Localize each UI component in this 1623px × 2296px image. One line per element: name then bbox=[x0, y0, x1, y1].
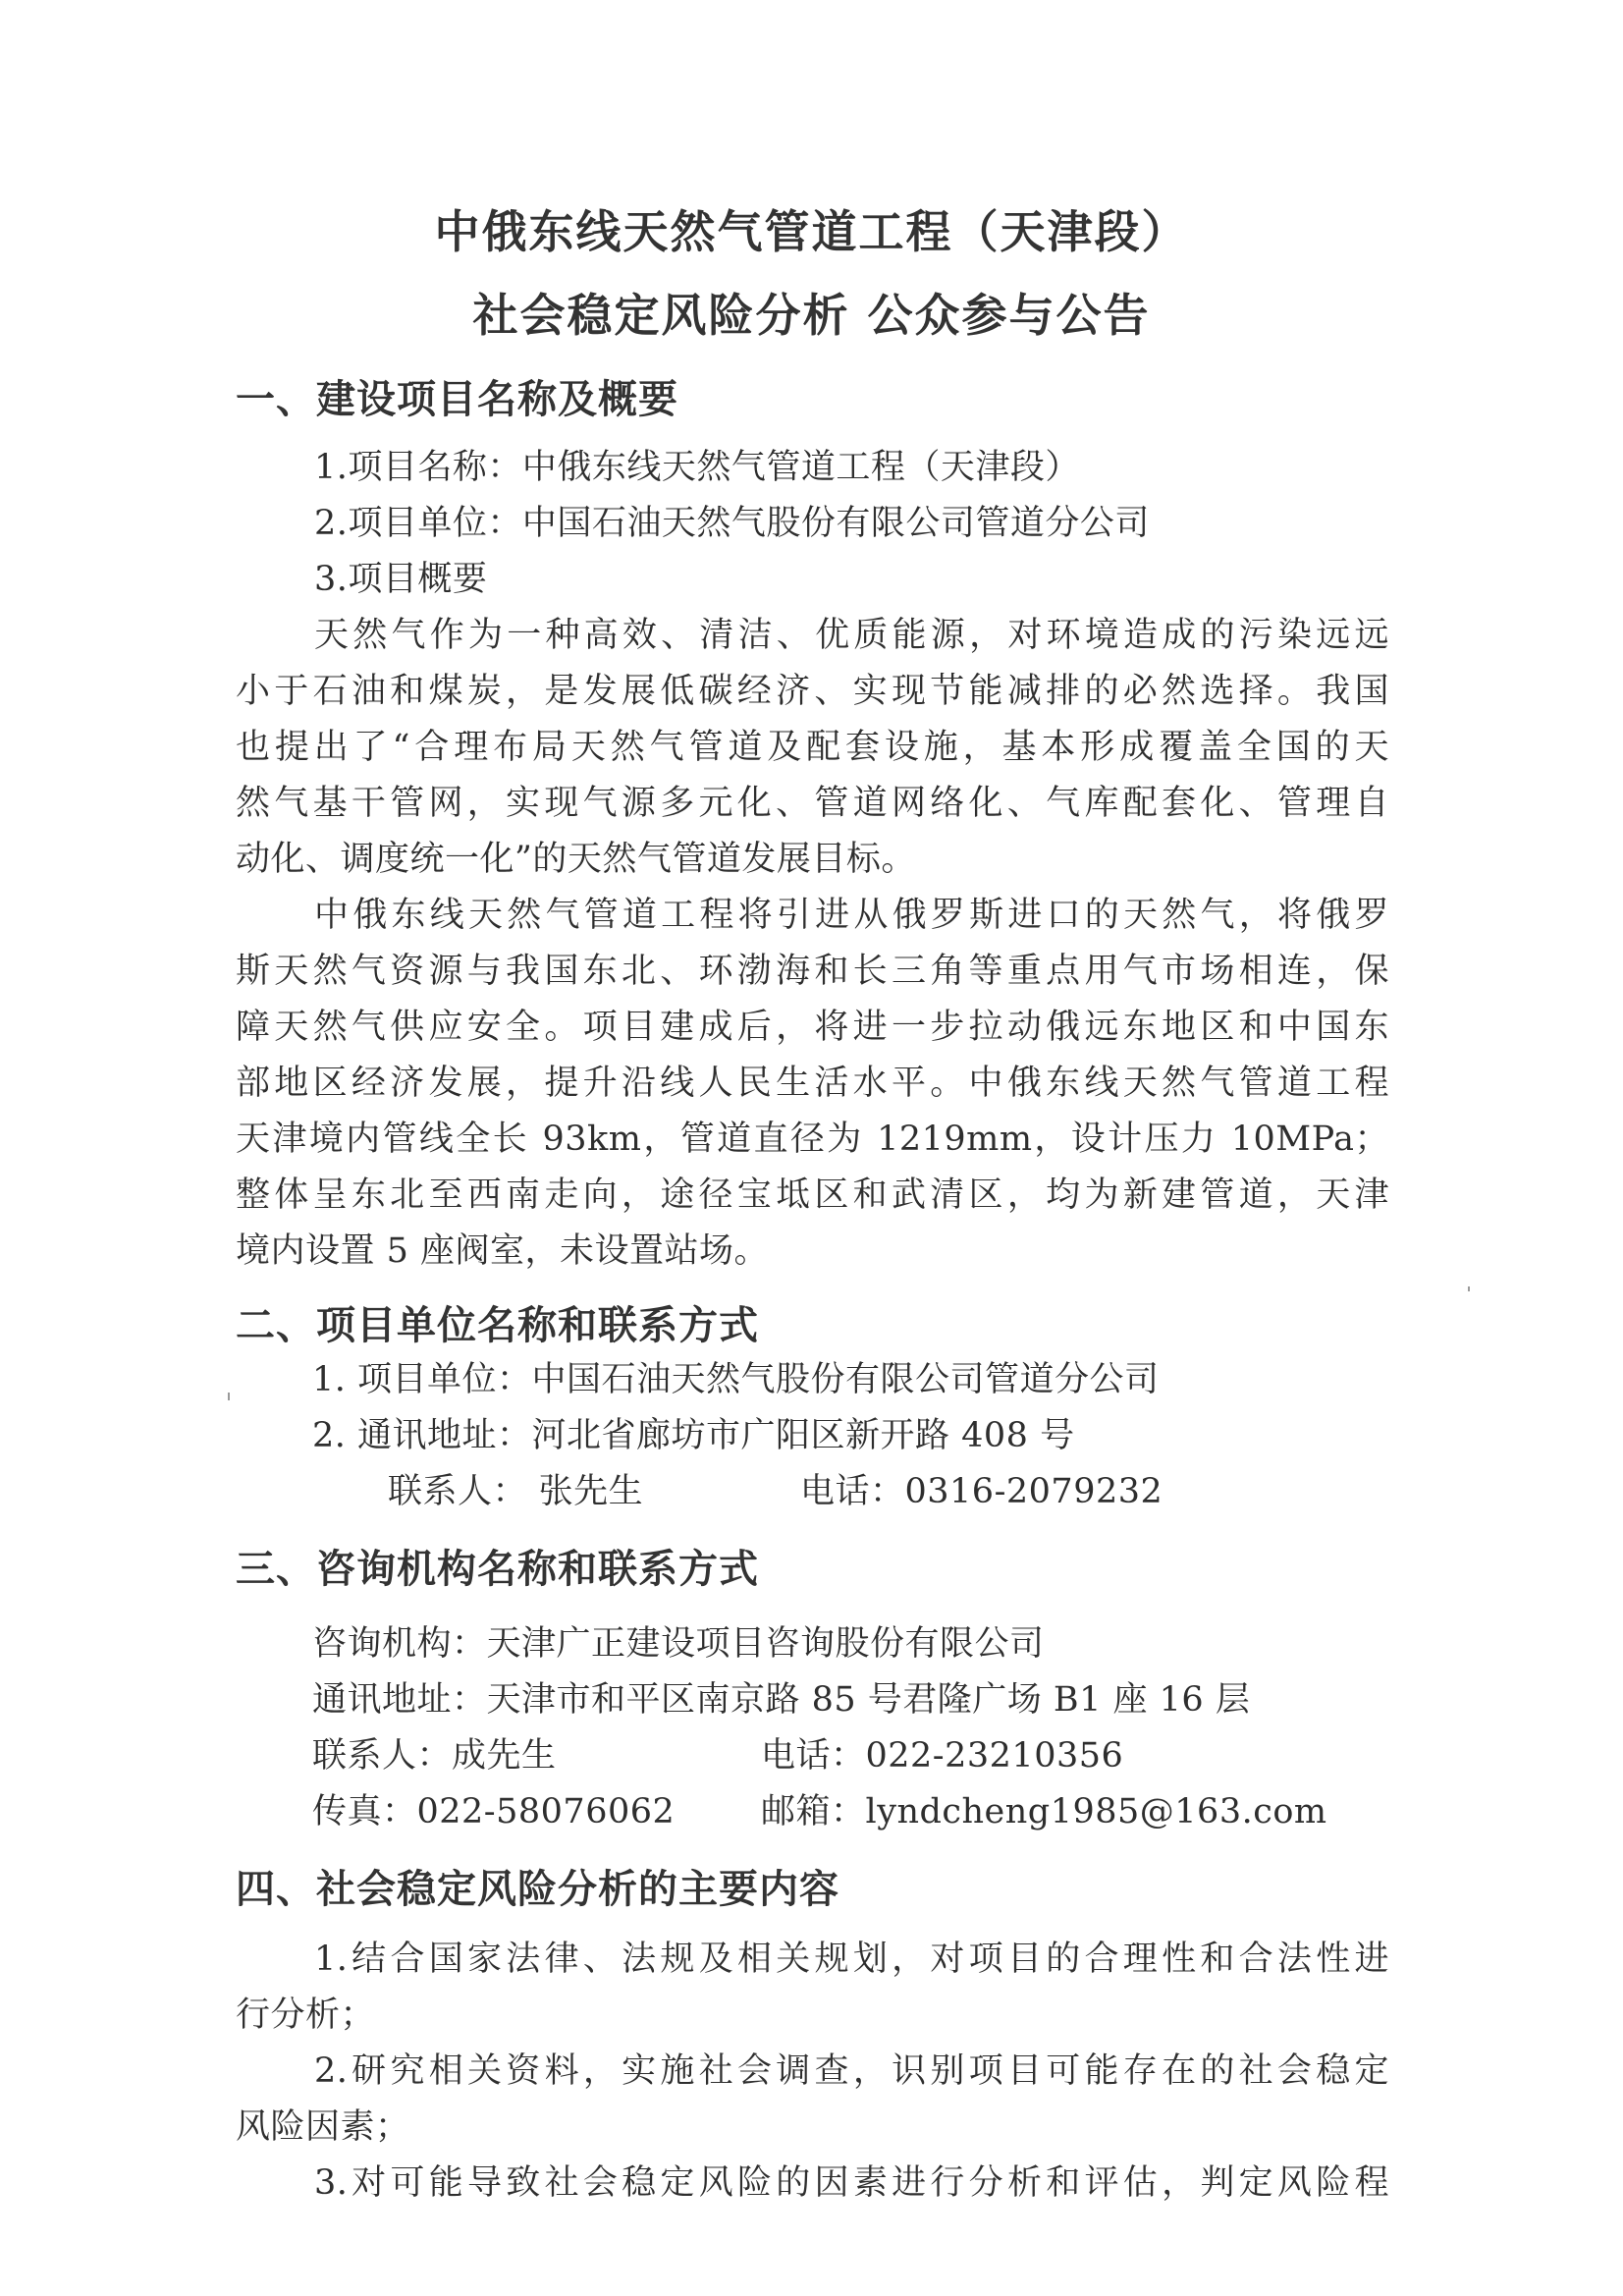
section4-item2-line: 2.研究相关资料，实施社会调查，识别项目可能存在的社会稳定 bbox=[314, 2044, 1389, 2093]
para2-line: 整体呈东北至西南走向，途径宝坻区和武清区，均为新建管道，天津 bbox=[236, 1168, 1389, 1217]
section4-item3-line: 3.对可能导致社会稳定风险的因素进行分析和评估，判定风险程 bbox=[314, 2156, 1389, 2205]
section3-heading: 三、咨询机构名称和联系方式 bbox=[236, 1538, 759, 1594]
scan-mark bbox=[1468, 1286, 1470, 1291]
para1-line: 动化、调度统一化”的天然气管道发展目标。 bbox=[236, 832, 916, 881]
section4-item1-line: 1.结合国家法律、法规及相关规划，对项目的合理性和合法性进 bbox=[314, 1932, 1389, 1981]
para2-line: 中俄东线天然气管道工程将引进从俄罗斯进口的天然气，将俄罗 bbox=[314, 888, 1389, 937]
section3-org: 咨询机构：天津广正建设项目咨询股份有限公司 bbox=[312, 1616, 1045, 1666]
section2-item1: 1. 项目单位：中国石油天然气股份有限公司管道分公司 bbox=[312, 1352, 1160, 1401]
para2-line: 天津境内管线全长 93km，管道直径为 1219mm，设计压力 10MPa； bbox=[236, 1112, 1389, 1161]
document-page: 中俄东线天然气管道工程（天津段） 社会稳定风险分析 公众参与公告 一、建设项目名… bbox=[0, 0, 1623, 2296]
section2-phone: 电话：0316-2079232 bbox=[800, 1464, 1163, 1513]
section3-address: 通讯地址：天津市和平区南京路 85 号君隆广场 B1 座 16 层 bbox=[312, 1672, 1250, 1722]
document-title-line2: 社会稳定风险分析 公众参与公告 bbox=[0, 280, 1623, 345]
para2-line: 境内设置 5 座阀室，未设置站场。 bbox=[236, 1224, 769, 1273]
section1-item3: 3.项目概要 bbox=[314, 552, 487, 601]
scan-mark bbox=[228, 1393, 230, 1400]
section4-item2-line: 风险因素； bbox=[236, 2100, 410, 2149]
para1-line: 也提出了“合理布局天然气管道及配套设施，基本形成覆盖全国的天 bbox=[236, 720, 1389, 769]
section4-item1-line: 行分析； bbox=[236, 1988, 375, 2037]
section2-item2: 2. 通讯地址：河北省廊坊市广阳区新开路 408 号 bbox=[312, 1408, 1075, 1457]
para2-line: 部地区经济发展，提升沿线人民生活水平。中俄东线天然气管道工程 bbox=[236, 1056, 1389, 1105]
para2-line: 斯天然气资源与我国东北、环渤海和长三角等重点用气市场相连，保 bbox=[236, 944, 1389, 993]
section3-email: 邮箱：lyndcheng1985@163.com bbox=[761, 1784, 1327, 1833]
para1-line: 天然气作为一种高效、清洁、优质能源，对环境造成的污染远远 bbox=[314, 608, 1389, 657]
para1-line: 然气基干管网，实现气源多元化、管道网络化、气库配套化、管理自 bbox=[236, 776, 1389, 825]
section2-heading: 二、项目单位名称和联系方式 bbox=[236, 1294, 759, 1350]
section1-item1: 1.项目名称：中俄东线天然气管道工程（天津段） bbox=[314, 440, 1080, 489]
section3-contact: 联系人：成先生 bbox=[312, 1728, 557, 1777]
para1-line: 小于石油和煤炭，是发展低碳经济、实现节能减排的必然选择。我国 bbox=[236, 664, 1389, 713]
section2-contact: 联系人： 张先生 bbox=[388, 1464, 643, 1513]
para2-line: 障天然气供应安全。项目建成后，将进一步拉动俄远东地区和中国东 bbox=[236, 1000, 1389, 1049]
section1-heading: 一、建设项目名称及概要 bbox=[236, 368, 678, 424]
section4-heading: 四、社会稳定风险分析的主要内容 bbox=[236, 1858, 839, 1914]
section3-fax: 传真：022-58076062 bbox=[312, 1784, 675, 1833]
document-title-line1: 中俄东线天然气管道工程（天津段） bbox=[0, 196, 1623, 261]
section3-phone: 电话：022-23210356 bbox=[761, 1728, 1123, 1777]
section1-item2: 2.项目单位：中国石油天然气股份有限公司管道分公司 bbox=[314, 496, 1150, 545]
